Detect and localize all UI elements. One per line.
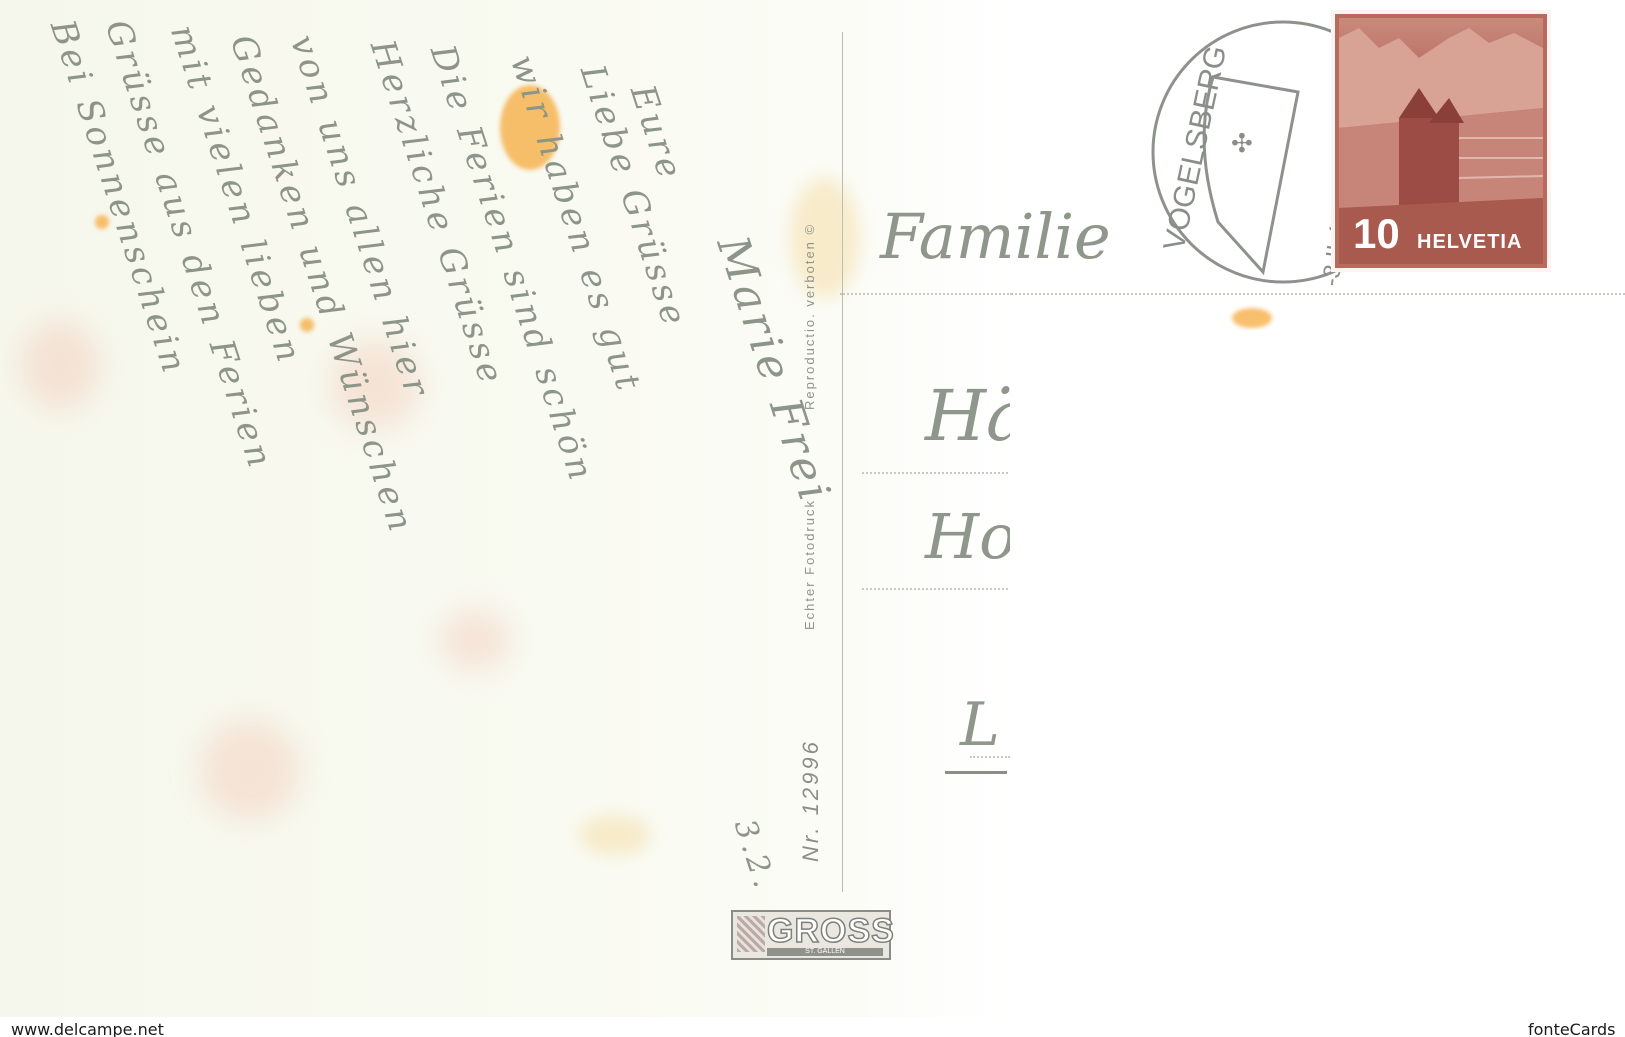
address-underline <box>945 771 1007 774</box>
stain <box>580 815 650 855</box>
publisher-logo: GROSS ST. GALLEN <box>731 910 891 960</box>
stain <box>200 720 300 820</box>
address-line <box>862 472 1012 474</box>
address-redaction <box>1010 330 1625 1017</box>
watermark-fontecards: fonteCards <box>1528 1020 1615 1037</box>
stain <box>790 178 860 298</box>
divider-line <box>842 32 843 892</box>
stain <box>1232 308 1272 328</box>
address-line-4: L <box>960 690 1000 760</box>
postmark-town: VOGELSBERG <box>1158 43 1234 254</box>
address-line-1: Familie <box>880 200 1111 273</box>
stain <box>20 320 100 410</box>
logo-name: GROSS <box>767 912 895 951</box>
address-line <box>862 588 1012 590</box>
stamp-country: HELVETIA <box>1417 231 1522 254</box>
print-type: Echter Fotodruck <box>802 499 817 630</box>
date-fragment: 3.2. <box>727 815 783 895</box>
reproduction-notice: Reproductio. verboten © <box>802 223 817 410</box>
logo-mark-icon <box>737 916 765 952</box>
stain <box>440 610 510 670</box>
stamp-image-chillon: 10 HELVETIA <box>1339 18 1543 264</box>
stamp-value: 10 <box>1353 210 1400 258</box>
postage-stamp: 10 HELVETIA <box>1335 14 1547 268</box>
watermark-delcampe: www.delcampe.net <box>11 1020 164 1037</box>
logo-subtitle: ST. GALLEN <box>767 948 883 956</box>
postcard-back: Bei Sonnenschein Grüsse aus den Ferien m… <box>0 0 1625 1017</box>
address-line-3: Ho <box>925 500 1016 573</box>
card-number: Nr. 12996 <box>798 739 824 862</box>
postmark-center-mark: ✣ <box>1231 129 1253 159</box>
